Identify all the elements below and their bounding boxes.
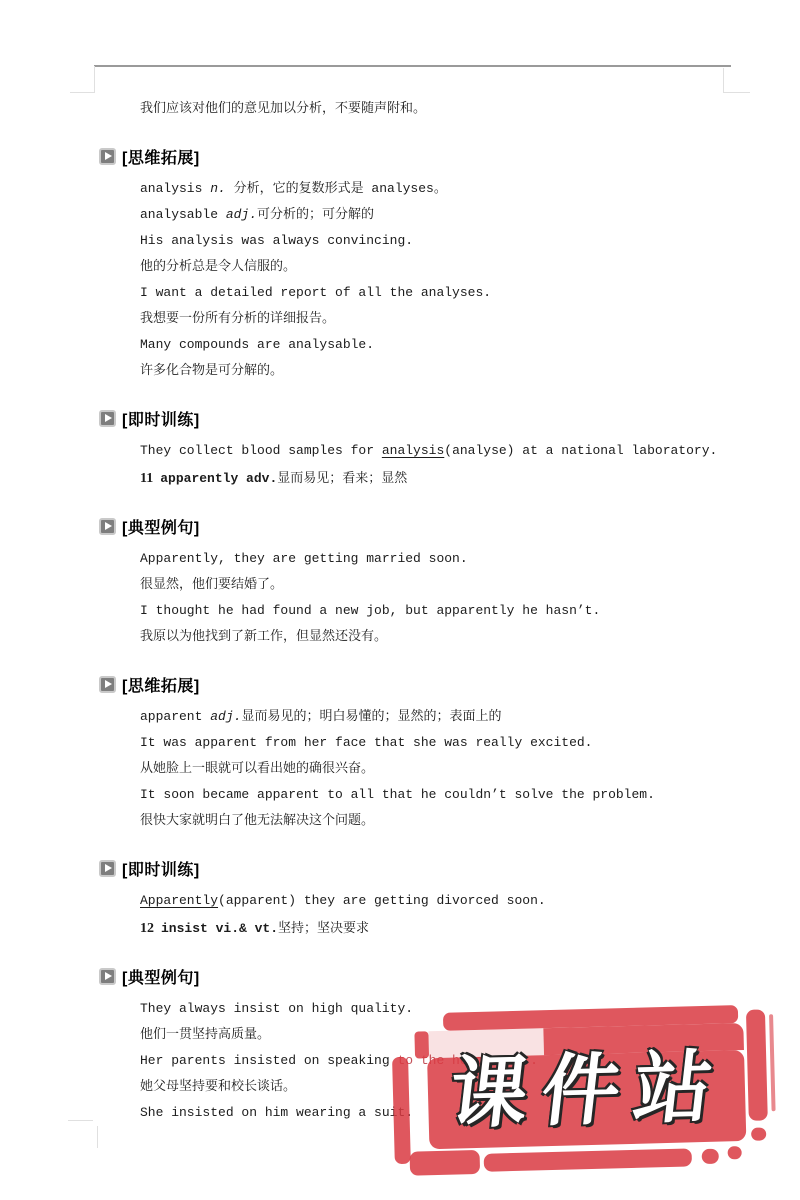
text-segment: Her parents insisted on speaking — [140, 1053, 397, 1068]
text-segment: insist vi.& vt. — [161, 921, 278, 936]
stamp-bottom-dot — [727, 1146, 741, 1159]
section-header: [思维拓展] — [99, 673, 745, 695]
text-segment: (apparent) they are getting divorced soo… — [218, 893, 546, 908]
text-segment: 很显然，他们要结婚了。 — [140, 577, 283, 592]
text-segment: (analyse) at a national laboratory. — [444, 443, 717, 458]
text-line: 许多化合物是可分解的。 — [140, 358, 745, 384]
text-line: She insisted on him wearing a suit. — [140, 1100, 745, 1126]
text-line: I thought he had found a new job, but ap… — [140, 598, 745, 624]
text-segment: apparent — [140, 709, 210, 724]
document-page: { "stamp": { "text": "课件站", "body_color"… — [0, 0, 800, 1200]
text-segment: 她父母坚持要和校长谈话。 — [140, 1079, 296, 1094]
text-segment: Apparently, they are getting married soo… — [140, 551, 468, 566]
text-line: 我原以为他找到了新工作，但显然还没有。 — [140, 624, 745, 650]
document-body: 我们应该对他们的意见加以分析，不要随声附和。[思维拓展]analysis n. … — [95, 88, 745, 1126]
text-segment: Apparently — [140, 893, 218, 908]
text-segment: adj. — [226, 207, 257, 222]
text-line: 我们应该对他们的意见加以分析，不要随声附和。 — [140, 96, 745, 122]
text-line: 我想要一份所有分析的详细报告。 — [140, 306, 745, 332]
text-line: Many compounds are analysable. — [140, 332, 745, 358]
play-icon — [99, 860, 116, 877]
text-segment: His analysis was always convincing. — [140, 233, 413, 248]
text-segment: n. — [210, 181, 226, 196]
section-header-label: [即时训练] — [122, 407, 200, 430]
section-header: [即时训练] — [99, 857, 745, 879]
text-line: 她父母坚持要和校长谈话。 — [140, 1074, 745, 1100]
text-segment: 他们一贯坚持高质量。 — [140, 1027, 270, 1042]
text-segment: It was apparent from her face that she w… — [140, 735, 592, 750]
text-segment: 我原以为他找到了新工作，但显然还没有。 — [140, 629, 387, 644]
play-icon — [99, 676, 116, 693]
text-line: 从她脸上一眼就可以看出她的确很兴奋。 — [140, 756, 745, 782]
text-line: They collect blood samples for analysis(… — [140, 438, 745, 464]
word-entry-line: 11apparently adv.显而易见；看来；显然 — [140, 466, 745, 492]
text-line: 他们一贯坚持高质量。 — [140, 1022, 745, 1048]
section-header-label: [思维拓展] — [122, 145, 200, 168]
play-icon — [99, 410, 116, 427]
text-line: His analysis was always convincing. — [140, 228, 745, 254]
text-segment: I thought he had found a new job, but ap… — [140, 603, 600, 618]
text-line: I want a detailed report of all the anal… — [140, 280, 745, 306]
text-segment: 很快大家就明白了他无法解决这个问题。 — [140, 813, 374, 828]
text-segment: I want a detailed report of all the anal… — [140, 285, 491, 300]
text-segment: She insisted on him wearing a suit. — [140, 1105, 413, 1120]
text-line: analysis n. 分析，它的复数形式是 analyses。 — [140, 176, 745, 202]
text-line: They always insist on high quality. — [140, 996, 745, 1022]
stamp-bottom-stroke — [410, 1150, 481, 1176]
text-line: It soon became apparent to all that he c… — [140, 782, 745, 808]
text-segment: 他的分析总是令人信服的。 — [140, 259, 296, 274]
text-segment: analysis — [140, 181, 210, 196]
text-segment: apparently adv. — [160, 471, 277, 486]
text-segment: 可分析的；可分解的 — [257, 207, 374, 222]
text-segment: 从她脸上一眼就可以看出她的确很兴奋。 — [140, 761, 374, 776]
text-segment: to the headmaster. — [397, 1053, 537, 1068]
margin-mark-top-left-horizontal — [70, 92, 95, 93]
text-segment: 11 — [140, 471, 153, 486]
text-segment: They collect blood samples for — [140, 443, 382, 458]
text-line: 很显然，他们要结婚了。 — [140, 572, 745, 598]
section-header-label: [典型例句] — [122, 515, 200, 538]
word-entry-line: 12insist vi.& vt.坚持；坚决要求 — [140, 916, 745, 942]
text-segment: 分析，它的复数形式是 analyses。 — [226, 181, 447, 196]
stamp-bottom-dot — [702, 1149, 719, 1164]
stamp-bottom-stroke — [484, 1148, 692, 1171]
section-header-label: [即时训练] — [122, 857, 200, 880]
play-icon — [99, 148, 116, 165]
text-segment: It soon became apparent to all that he c… — [140, 787, 655, 802]
text-segment: adj. — [210, 709, 241, 724]
text-line: apparent adj.显而易见的；明白易懂的；显然的；表面上的 — [140, 704, 745, 730]
text-line: Apparently, they are getting married soo… — [140, 546, 745, 572]
text-line: analysable adj.可分析的；可分解的 — [140, 202, 745, 228]
section-header: [即时训练] — [99, 407, 745, 429]
stamp-right-dot — [751, 1127, 766, 1140]
margin-mark-bottom-left-vertical — [97, 1126, 98, 1148]
text-segment: 我想要一份所有分析的详细报告。 — [140, 311, 335, 326]
section-header: [典型例句] — [99, 965, 745, 987]
text-boundary-top-rule — [94, 65, 731, 67]
margin-mark-bottom-left-horizontal — [68, 1120, 93, 1121]
text-segment: 我们应该对他们的意见加以分析，不要随声附和。 — [140, 101, 426, 116]
text-segment: analysis — [382, 443, 444, 458]
text-line: It was apparent from her face that she w… — [140, 730, 745, 756]
text-segment: They always insist on high quality. — [140, 1001, 413, 1016]
text-line: 很快大家就明白了他无法解决这个问题。 — [140, 808, 745, 834]
text-segment: 12 — [140, 921, 154, 936]
play-icon — [99, 518, 116, 535]
section-header: [思维拓展] — [99, 145, 745, 167]
text-segment: 显而易见；看来；显然 — [277, 471, 407, 486]
text-line: Apparently(apparent) they are getting di… — [140, 888, 745, 914]
text-line: Her parents insisted on speaking to the … — [140, 1048, 745, 1074]
text-segment: 显而易见的；明白易懂的；显然的；表面上的 — [241, 709, 501, 724]
section-header: [典型例句] — [99, 515, 745, 537]
section-header-label: [思维拓展] — [122, 673, 200, 696]
text-segment: 许多化合物是可分解的。 — [140, 363, 283, 378]
text-segment: analysable — [140, 207, 226, 222]
stamp-right-sliver — [769, 1014, 776, 1111]
text-segment: 坚持；坚决要求 — [278, 921, 369, 936]
text-line: 他的分析总是令人信服的。 — [140, 254, 745, 280]
section-header-label: [典型例句] — [122, 965, 200, 988]
text-segment: Many compounds are analysable. — [140, 337, 374, 352]
stamp-right-stroke — [746, 1009, 768, 1120]
play-icon — [99, 968, 116, 985]
